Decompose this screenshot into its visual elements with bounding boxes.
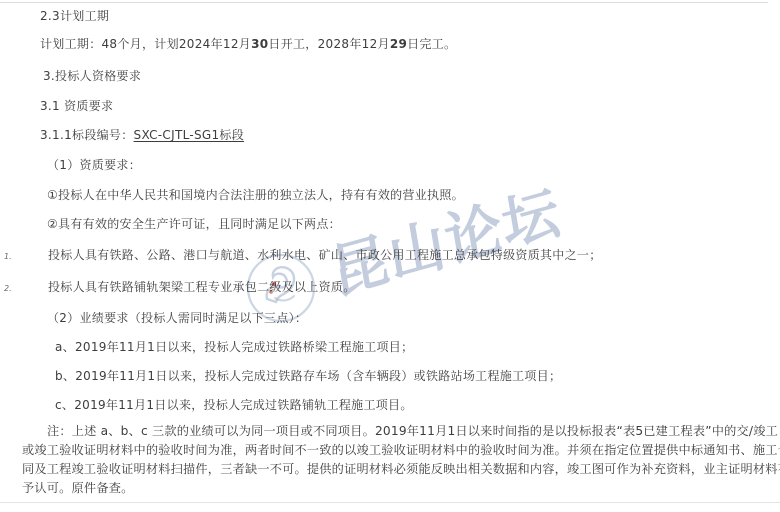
qualification-list-item-1: 投标人具有铁路、公路、港口与航道、水利水电、矿山、市政公用工程施工总承包特级资质…: [48, 248, 602, 263]
lot-number-label: 3.1.1标段编号：: [40, 128, 134, 142]
lot-number-value: SXC-CJTL-SG1标段: [134, 128, 244, 142]
performance-item-c: c、2019年11月1日以来，投标人完成过铁路铺轨工程施工项目。: [55, 398, 413, 413]
schedule-end-day: 29: [390, 37, 407, 51]
qualification-title: （1）资质要求：: [47, 158, 141, 173]
bottom-border-line: [0, 502, 780, 503]
note-line-1: 注：上述 a、b、c 三款的业绩可以为同一项目或不同项目。2019年11月1日以…: [22, 424, 780, 439]
lot-number-line: 3.1.1标段编号：SXC-CJTL-SG1标段: [40, 128, 244, 143]
schedule-start-day: 30: [251, 37, 268, 51]
qualification-list-item-2: 投标人具有铁路铺轨架梁工程专业承包二级及以上资质。: [48, 280, 356, 295]
note-line-2: 或竣工验收证明材料中的验收时间为准，两者时间不一致的以竣工验收证明材料中的验收时…: [22, 443, 780, 458]
schedule-seg1: 计划工期：48个月，计划2024年12月: [40, 37, 251, 51]
list-marker-2: 2.: [4, 285, 12, 293]
qualification-item-1: ①投标人在中华人民共和国境内合法注册的独立法人，持有有效的营业执照。: [47, 188, 464, 203]
section-heading-bidder-requirements: 3.投标人资格要求: [43, 69, 141, 84]
section-heading-qualification: 3.1 资质要求: [40, 99, 113, 114]
schedule-seg3: 日完工。: [407, 37, 456, 51]
performance-item-a: a、2019年11月1日以来，投标人完成过铁路桥梁工程施工项目；: [55, 340, 413, 355]
performance-title: （2）业绩要求（投标人需同时满足以下三点）：: [47, 311, 307, 326]
plan-schedule-line: 计划工期：48个月，计划2024年12月30日开工，2028年12月29日完工。: [40, 37, 456, 52]
top-border-line: [0, 2, 768, 3]
section-heading-plan-period: 2.3计划工期: [40, 9, 109, 24]
qualification-item-2: ②具有有效的安全生产许可证，且同时满足以下两点：: [47, 217, 341, 232]
schedule-seg2: 日开工，2028年12月: [268, 37, 389, 51]
note-line-4: 予认可。原件备查。: [22, 481, 134, 496]
performance-item-b: b、2019年11月1日以来，投标人完成过铁路存车场（含车辆段）或铁路站场工程施…: [55, 369, 561, 384]
document-page: 昆山论坛 2.3计划工期 计划工期：48个月，计划2024年12月30日开工，2…: [0, 0, 780, 512]
list-marker-1: 1.: [4, 253, 12, 261]
note-line-3: 同及工程竣工验收证明材料扫描件，三者缺一不可。提供的证明材料必须能反映出相关数据…: [22, 462, 780, 477]
